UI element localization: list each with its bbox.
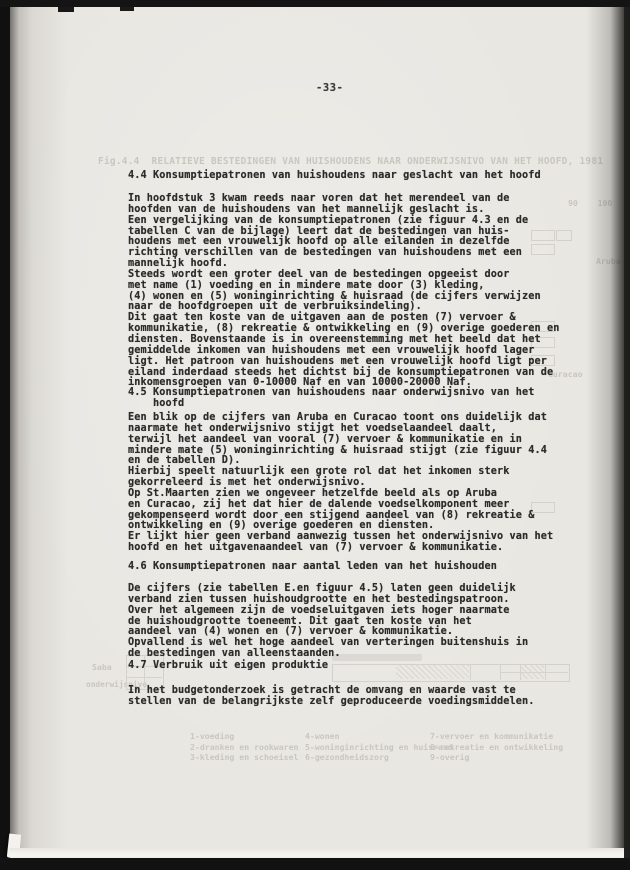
bleedthrough-figure-caption: Fig.4.4 RELATIEVE BESTEDINGEN VAN HUISHO… [98, 156, 603, 167]
scanner-bottom-band [0, 858, 630, 870]
text-line: hoofd [128, 399, 534, 410]
section-heading-4-6: 4.6 Konsumptiepatronen naar aantal leden… [128, 562, 497, 573]
section-heading-4-4: 4.4 Konsumptiepatronen van huishoudens n… [128, 171, 541, 182]
scanner-top-notch [120, 7, 134, 11]
text-line: 4.4 Konsumptiepatronen van huishoudens n… [128, 171, 541, 182]
text-line: hoofd en het uitgavenaandeel van (7) ver… [128, 543, 553, 554]
section-body-4-4: In hoofdstuk 3 kwam reeds naar voren dat… [128, 194, 559, 389]
text-line: 2-dranken en rookwaren [190, 742, 298, 753]
text-line: 8-rekreatie en ontwikkeling [430, 742, 563, 753]
text-line: 1-voeding [190, 731, 298, 742]
text-line: en Curacao, zij het dat hier de dalende … [128, 500, 553, 511]
text-line: stellen van de belangrijkste zelf geprod… [128, 697, 534, 708]
text-line: de bestedingen van alleenstaanden. [128, 649, 528, 660]
text-line: Over het algemeen zijn de voedseluitgave… [128, 606, 528, 617]
section-body-4-5: Een blik op de cijfers van Aruba en Cura… [128, 413, 553, 554]
bleedthrough-table-hatch [396, 665, 469, 679]
page-right-edge-shadow [586, 7, 630, 858]
section-body-4-6: De cijfers (zie tabellen E.en figuur 4.5… [128, 584, 528, 660]
text-line: ligt. Het patroon van huishoudens met ee… [128, 357, 559, 368]
scanner-top-notch [58, 7, 74, 12]
section-body-4-7: In het budgetonderzoek is getracht de om… [128, 686, 534, 708]
text-line: 7-vervoer en kommunikatie [430, 731, 563, 742]
page-number: -33- [316, 82, 343, 94]
text-line: 4.5 Konsumptiepatronen van huishoudens n… [128, 388, 534, 399]
bleedthrough-legend-col-1: 1-voeding2-dranken en rookwaren3-kleding… [190, 731, 298, 763]
text-line: 4.7 Verbruik uit eigen produktie [128, 661, 328, 672]
section-heading-4-7: 4.7 Verbruik uit eigen produktie [128, 661, 328, 672]
scanned-document-page: Fig.4.4 RELATIEVE BESTEDINGEN VAN HUISHO… [0, 0, 630, 870]
binding-shadow [10, 7, 68, 858]
text-line: 3-kleding en schoeisel [190, 752, 298, 763]
page-bottom-edge [10, 848, 624, 858]
text-line: 4.6 Konsumptiepatronen naar aantal leden… [128, 562, 497, 573]
scanner-top-band [0, 0, 630, 7]
text-line: terwijl het aandeel van vooral (7) vervo… [128, 435, 553, 446]
text-line: Een vergelijking van de konsumptiepatron… [128, 216, 559, 227]
text-line: 9-overig [430, 752, 563, 763]
bleedthrough-island-label-saba: Saba [92, 662, 112, 672]
text-line: met name (1) voeding en in mindere mate … [128, 281, 559, 292]
bleedthrough-legend-col-3: 7-vervoer en kommunikatie8-rekreatie en … [430, 731, 563, 763]
bleedthrough-table-line [470, 664, 471, 680]
section-heading-4-5: 4.5 Konsumptiepatronen van huishoudens n… [128, 388, 534, 410]
bleedthrough-table-hatch [521, 665, 544, 679]
